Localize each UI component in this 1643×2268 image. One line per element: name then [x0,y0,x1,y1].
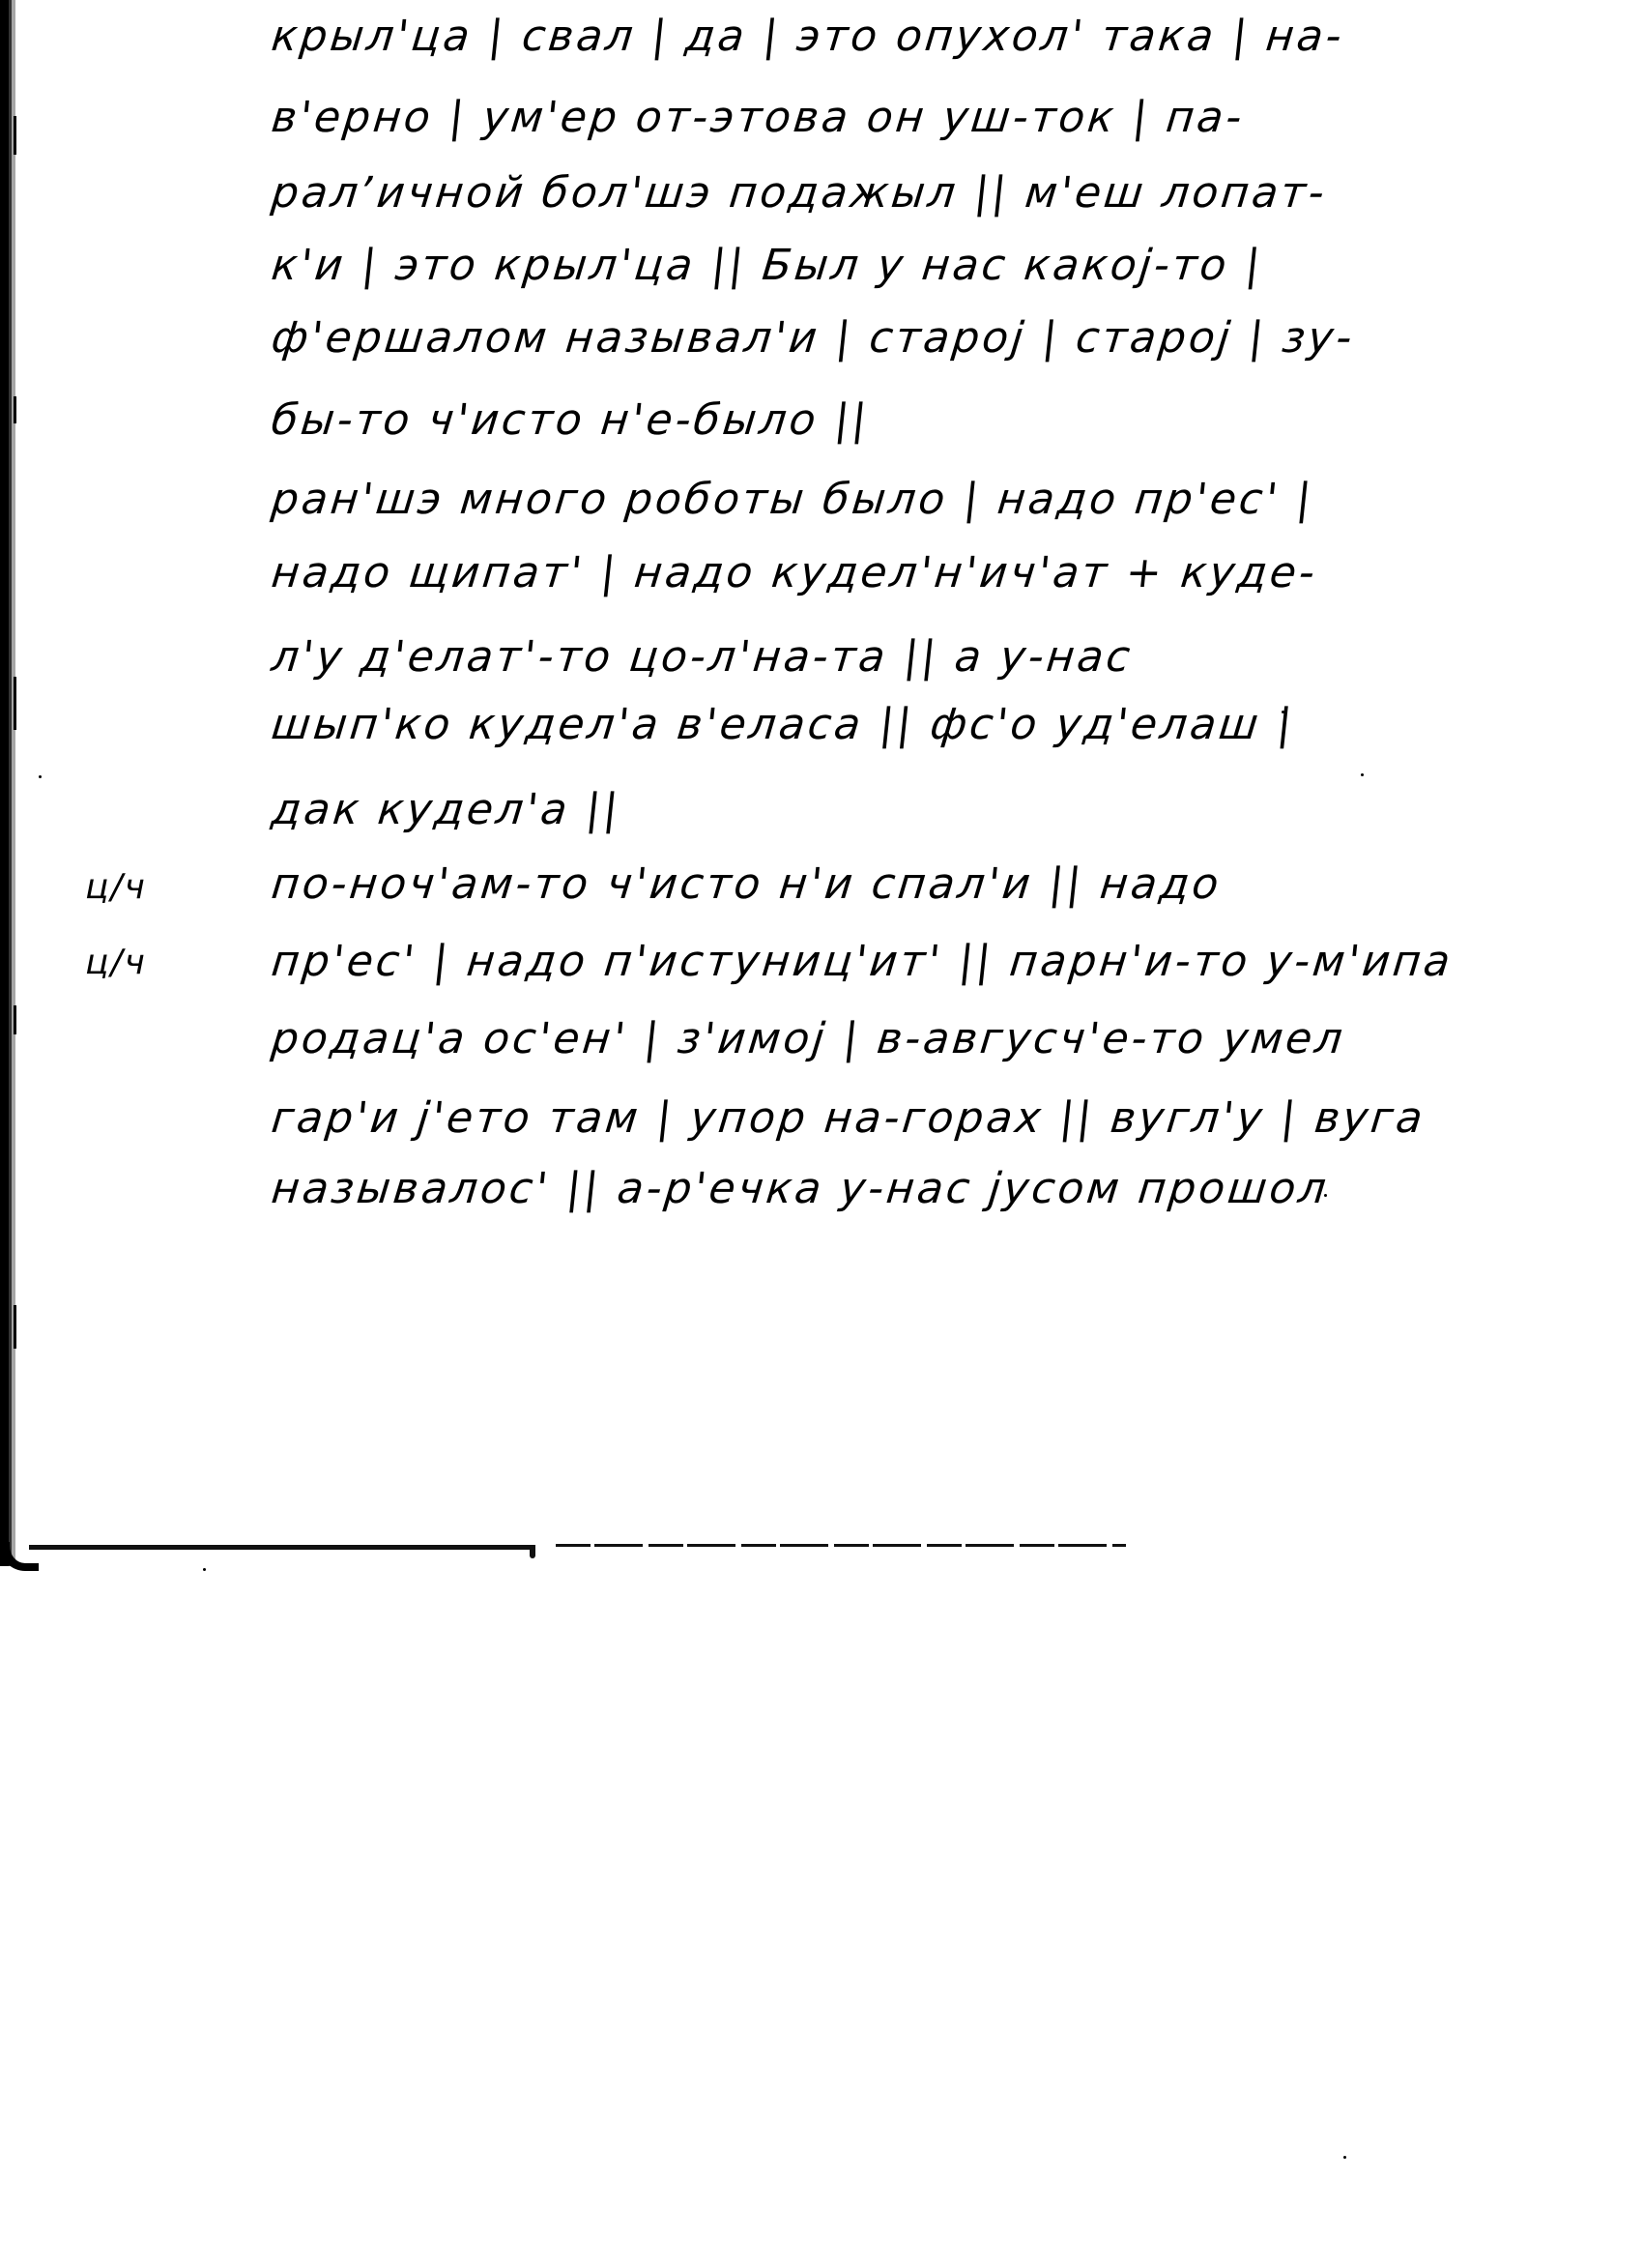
scan-artifact [14,116,16,155]
manuscript-line: ралʼичной бол'шэ подажыл || м'еш лопат- [269,164,1330,222]
manuscript-line: л'у д'елат'-то цо-л'на-та || а у-нас [269,628,1136,686]
manuscript-line: ф'ершалом называл'и | староj | староj | … [269,309,1357,367]
scanned-page-bottom-edge [29,1545,532,1550]
manuscript-line: пр'ес' | надо п'истуниц'ит' || парн'и-то… [269,933,1456,991]
manuscript-line: гар'и j'ето там | упор на-горах || вугл'… [269,1090,1428,1148]
scanned-page-left-edge [0,0,21,1566]
scan-speck [1343,2156,1346,2159]
manuscript-line: шып'ко кудел'а в'еласа || фс'о уд'елаш | [269,696,1297,754]
manuscript-line: в'ерно | ум'ер от-этова он уш-ток | па- [269,89,1248,147]
scan-artifact [14,396,16,423]
scan-speck [1361,773,1364,776]
margin-note: ц/ч [85,944,147,982]
manuscript-line: крыл'ца | свал | да | это опухол' така |… [269,8,1347,66]
manuscript-line: бы-то ч'исто н'е-было || [269,392,872,450]
manuscript-line: ран'шэ много роботы было | надо пр'ес' | [269,471,1316,529]
scan-artifact [530,1545,535,1558]
scan-speck [203,1568,206,1571]
manuscript-line: называлос' || а-р'ечка у-нас jусом прошо… [269,1160,1332,1218]
scan-speck [39,775,42,778]
margin-note: ц/ч [85,868,147,907]
manuscript-line: надо щипат' | надо кудел'н'ич'ат + куде- [269,544,1320,602]
manuscript-line: к'и | это крыл'ца || Был у нас какоj-то … [269,237,1266,295]
scan-artifact [14,1305,16,1349]
scan-artifact [14,1005,16,1034]
scanned-page-bottom-edge-faint [556,1544,1126,1547]
scan-artifact [14,677,16,730]
manuscript-line: по-ноч'ам-то ч'исто н'и спал'и || надо [269,856,1225,914]
manuscript-line: дак кудел'а || [269,781,623,839]
manuscript-line: родац'а ос'ен' | з'имоj | в-авгусч'е-то … [269,1010,1348,1068]
